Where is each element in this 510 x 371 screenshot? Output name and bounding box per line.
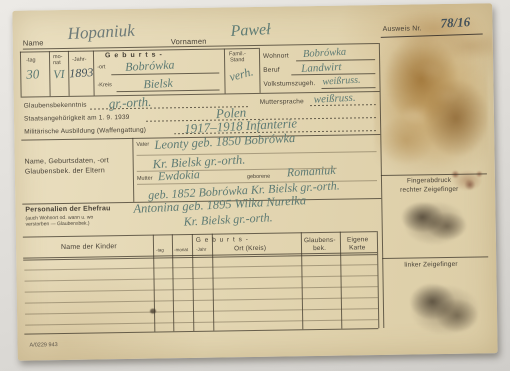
eltern-divider [132, 138, 134, 202]
table-empty-row-line [25, 286, 378, 293]
table-col-line-5 [301, 232, 304, 329]
beruf-value: Landwirt [301, 61, 342, 75]
table-empty-row-line [25, 275, 378, 282]
table-col-line-6 [340, 232, 343, 329]
muttersprache-label: Muttersprache [260, 98, 304, 106]
mutter-label: Mutter [137, 176, 153, 182]
ehefrau-label-line1: Personalien der Ehefrau [25, 205, 110, 213]
famil-cell-left [224, 48, 226, 93]
registration-card: Name Hopaniuk Vornamen Paweł Ausweis Nr.… [12, 3, 497, 360]
left-finger-label: linker Zeigefinger [404, 261, 458, 269]
volkstum-value: weißruss. [322, 75, 361, 88]
left-index-fingerprint [398, 273, 487, 346]
kinder-header: Name der Kinder [61, 243, 117, 251]
name-value: Hopaniuk [67, 21, 135, 44]
col-monat: -monat [174, 247, 188, 252]
right-index-fingerprint [393, 192, 476, 255]
table-col-line-1 [153, 235, 156, 332]
col-tag: -tag [156, 247, 164, 252]
table-bottom [24, 328, 378, 335]
fingerprint-section-line-2 [382, 256, 488, 259]
geborene-label: geborene [247, 174, 270, 180]
eltern-label-line1: Name, Geburtsdaten, -ort [25, 157, 109, 165]
right-panel-divider [379, 43, 384, 328]
volkstum-line [322, 87, 376, 89]
fingerprint-section-line-1 [381, 173, 487, 176]
beruf-label: Beruf [263, 67, 280, 74]
col-eigene-1: Eigene [347, 236, 369, 243]
table-empty-row-line [25, 319, 378, 326]
birth-box-div1 [49, 51, 51, 96]
glauben-value: gr.-orth. [108, 94, 151, 112]
ausweis-underline [381, 34, 483, 38]
fingerprint-right-label-2: rechter Zeigefinger [400, 186, 458, 194]
jahr-value: 1893 [69, 65, 94, 81]
table-right-edge [377, 231, 380, 328]
geburts-header: G e b u r t s - [196, 236, 249, 244]
table-col-line-4 [212, 234, 215, 331]
tag-value: 30 [26, 66, 40, 83]
col-eigene-2: Karte [349, 244, 366, 251]
ort-value: Bobrówka [125, 57, 175, 74]
famil-stand-label2: Stand [230, 57, 244, 63]
staats-label: Staatsangehörigkeit am 1. 9. 1939 [24, 114, 130, 123]
glauben-label: Glaubensbekenntnis [24, 102, 87, 110]
monat-value: VI [53, 67, 65, 83]
monat-label2: nat [53, 60, 61, 66]
militaer-label: Militärische Ausbildung (Waffengattung) [24, 127, 146, 136]
volkstum-label: Volkstumszugeh. [263, 80, 315, 88]
eltern-label-line2: Glaubensbek. der Eltern [25, 167, 105, 175]
ausweis-label: Ausweis Nr. [383, 25, 422, 33]
ort-label: -ort [97, 64, 105, 70]
table-empty-row-line [24, 264, 377, 271]
geborene-value: Romaniuk [286, 163, 335, 180]
col-glauben-2: bek. [313, 245, 326, 252]
birth-box-left [20, 52, 22, 97]
form-code: A/0229 943 [29, 342, 57, 348]
mutter-value: Ewdokia [158, 167, 201, 184]
vater-label: Vater [136, 142, 149, 148]
wohnort-label: Wohnort [263, 52, 289, 59]
table-empty-row-line [25, 297, 378, 304]
ehefrau-label-line3: verstorben — Glaubensbek.) [26, 221, 90, 228]
tag-label: -tag [26, 57, 36, 63]
photo-glue-stain [373, 29, 489, 183]
vornamen-value: Paweł [230, 21, 271, 41]
col-ort: Ort (Kreis) [234, 245, 266, 253]
jahr-label: -Jahr- [72, 57, 86, 63]
wohnort-value: Bobrówka [303, 47, 347, 60]
famil-stand-value: verh. [228, 64, 255, 85]
table-col-line-3 [192, 234, 195, 331]
kreis-label: -Kreis [97, 82, 111, 88]
fingerprint-right-label-1: Fingerabdruck [407, 177, 451, 185]
col-jahr: -Jahr [196, 247, 206, 252]
kreis-value: Bielsk [143, 76, 173, 92]
famil-cell-right [259, 48, 261, 93]
muttersprache-value: weißruss. [313, 92, 355, 106]
ehefrau-value-line2: Kr. Bielsk gr.-orth. [183, 210, 273, 229]
name-label: Name [23, 38, 44, 47]
ausweis-value: 78/16 [440, 14, 470, 31]
table-empty-row-line [25, 308, 378, 315]
col-glauben-1: Glaubens- [304, 237, 336, 244]
